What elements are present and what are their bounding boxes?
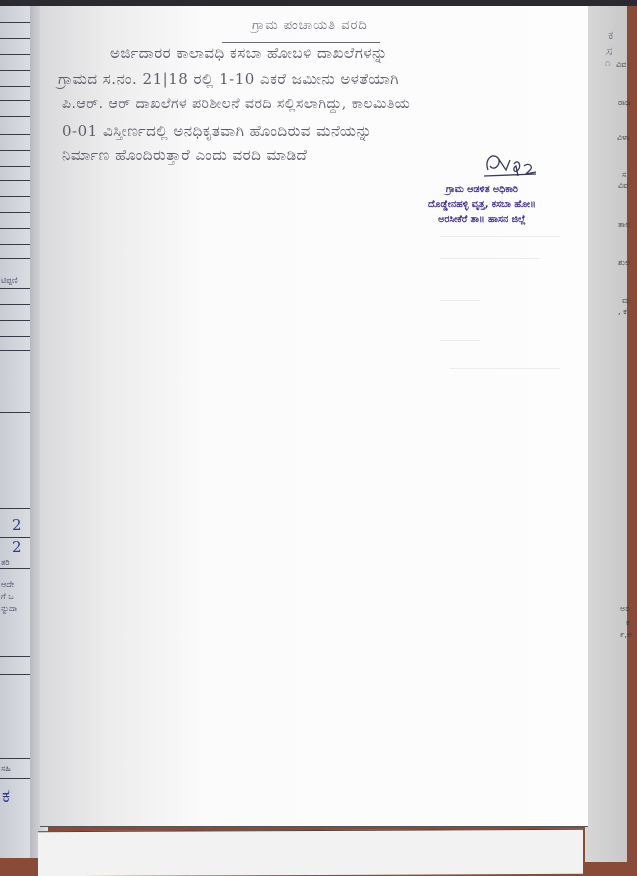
ruled-line: [0, 70, 30, 71]
ruled-line: [0, 350, 30, 351]
stamp-line: ಗ್ರಾಮ ಆಡಳಿತ ಅಧಿಕಾರಿ: [428, 182, 536, 197]
ruled-line: [0, 196, 30, 197]
right-page-text: ಮ: [622, 296, 630, 306]
report-line: 0-01 ವಿಸ್ತೀರ್ಣದಲ್ಲಿ ಅನಧಿಕೃತವಾಗಿ ಹೊಂದಿರುವ…: [62, 122, 372, 140]
underlying-page-sheet: [38, 829, 583, 876]
report-page: ಗ್ರಾಮ ಪಂಚಾಯತಿ ವರದಿ ಅರ್ಜಿದಾರರ ಕಾಲಾವಧಿ ಕಸಬ…: [40, 4, 588, 826]
left-page-text: ಗೆ ಒ: [1, 592, 14, 602]
ruled-line: [0, 336, 30, 337]
ruled-line: [0, 320, 30, 321]
left-page-text: ಆದೇ: [1, 580, 14, 590]
report-line: ನಿರ್ಮಾಣ ಹೊಂದಿರುತ್ತಾರೆ ಎಂದು ವರದಿ ಮಾಡಿದೆ: [62, 146, 307, 164]
show-through-line: [450, 368, 560, 369]
ruled-line: [0, 116, 30, 117]
ruled-line: [0, 304, 30, 305]
right-page-hand-mark: ಸ: [606, 44, 612, 59]
report-line: ಪಿ.ಆರ್. ಆರ್ ದಾಖಲೆಗಳ ಪರಿಶೀಲನೆ ವರದಿ ಸಲ್ಲಿಸ…: [62, 96, 410, 112]
ruled-line: [0, 212, 30, 213]
ruled-line: [0, 22, 30, 23]
desk-edge: [627, 0, 637, 876]
ruled-line: [0, 656, 30, 657]
left-page-number: 2: [12, 538, 22, 556]
show-through-line: [440, 258, 540, 259]
ruled-line: [0, 38, 30, 39]
right-page-edge: [585, 0, 627, 862]
right-page-text: ವಿವ: [616, 60, 626, 70]
left-page-text: ನ್ನುದಾ: [1, 604, 17, 614]
report-title: ಗ್ರಾಮ ಪಂಚಾಯತಿ ವರದಿ: [252, 18, 368, 33]
stamp-line: ದೊಡ್ಡೇನಹಳ್ಳಿ ವೃತ್ತ, ಕಸಬಾ ಹೋ॥: [428, 197, 536, 212]
right-page-hand-mark: ೧: [605, 58, 611, 69]
left-page-number: 2: [12, 516, 22, 534]
right-page-text: ವಿವ: [618, 181, 628, 191]
right-page-text: ವಿಳಾ: [617, 133, 629, 143]
report-line: ಅರ್ಜಿದಾರರ ಕಾಲಾವಧಿ ಕಸಬಾ ಹೋಬಳಿ ದಾಖಲೆಗಳನ್ನು: [110, 44, 388, 62]
left-page-text: ಸಹಿ: [1, 764, 11, 774]
ruled-line: [0, 568, 30, 569]
ruled-line: [0, 54, 30, 55]
ruled-line: [0, 288, 30, 289]
title-underline: [222, 42, 380, 43]
ruled-line: [0, 100, 30, 101]
right-page-text: ಸ: [622, 170, 626, 180]
right-page-text: ಕ: [626, 618, 630, 628]
ruled-line: [0, 778, 30, 779]
right-page-text: ಅರ: [620, 604, 630, 614]
left-page-hand-mark: ಕ: [2, 786, 10, 807]
show-through-line: [440, 236, 560, 237]
ruled-line: [0, 180, 30, 181]
ruled-line: [0, 244, 30, 245]
right-page-text: ೯,ಅ: [620, 630, 632, 640]
ruled-line: [0, 758, 30, 759]
ruled-line: [0, 508, 30, 509]
stamp-line: ಅರಸೀಕೆರೆ ತಾ॥ ಹಾಸನ ಜಿಲ್ಲೆ: [428, 212, 536, 227]
ruled-line: [0, 134, 30, 135]
ruled-line: [0, 150, 30, 151]
right-page-text: ರಾಜ: [618, 98, 630, 108]
left-page-text: ಟಿಪ್ಪಣಿ: [1, 276, 18, 286]
right-page-hand-mark: ಕ: [608, 28, 613, 43]
official-stamp: ಗ್ರಾಮ ಆಡಳಿತ ಅಧಿಕಾರಿ ದೊಡ್ಡೇನಹಳ್ಳಿ ವೃತ್ತ, …: [428, 182, 536, 227]
show-through-line: [440, 340, 480, 341]
left-page-text: ತರಿ: [1, 558, 9, 568]
right-page-text: , ಕ: [618, 307, 627, 317]
ruled-line: [0, 258, 30, 259]
ruled-line: [0, 86, 30, 87]
show-through-line: [440, 300, 480, 301]
ruled-line: [0, 412, 30, 413]
ruled-line: [0, 228, 30, 229]
ruled-line: [0, 674, 30, 675]
scan-top-edge: [0, 0, 637, 6]
report-line: ಗ್ರಾಮದ ಸ.ನಂ. 21|18 ರಲ್ಲಿ 1-10 ಎಕರೆ ಜಮೀನು…: [58, 70, 399, 88]
right-page-text: ತಾಲ: [618, 220, 630, 230]
ruled-line: [0, 166, 30, 167]
officer-signature: [480, 150, 540, 180]
right-page-text: ಶುಲ: [618, 258, 630, 268]
